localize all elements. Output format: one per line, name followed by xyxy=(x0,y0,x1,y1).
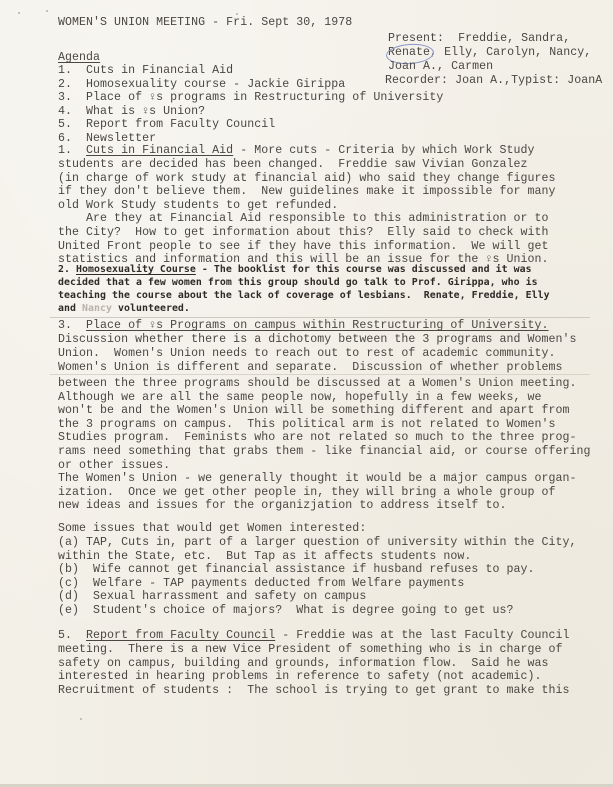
section3-line: Studies program. Feminists who are not r… xyxy=(58,431,577,445)
section3-line: Discussion whether there is a dichotomy … xyxy=(58,333,577,347)
issues-list-line: (d) Sexual harrassment and safety on cam… xyxy=(58,590,366,604)
section2-line-2: teaching the course about the lack of co… xyxy=(58,289,550,302)
agenda-heading: Agenda xyxy=(58,51,100,65)
section2-title: Homosexuality Course xyxy=(76,264,196,275)
section2-number: 2. xyxy=(58,264,70,275)
section1-line: United Front people to see if they have … xyxy=(58,240,549,254)
agenda-item: 4. What is ♀s Union? xyxy=(58,105,205,119)
scan-speck xyxy=(454,473,456,475)
section5-line: Recruitment of students : The school is … xyxy=(58,684,570,698)
agenda-item: 5. Report from Faculty Council xyxy=(58,118,275,132)
section1-line: old Work Study students to get refunded. xyxy=(58,199,338,213)
section1-line-0: - More cuts - Criteria by which Work Stu… xyxy=(233,144,534,157)
section1-line: Are they at Financial Aid responsible to… xyxy=(58,212,549,226)
section3-line: Women's Union is different and separate.… xyxy=(58,361,563,375)
section3-line: The Women's Union - we generally thought… xyxy=(58,472,577,486)
agenda-item-text: Place of ♀s programs in Restructuring of… xyxy=(86,91,443,104)
agenda-item-number: 5. xyxy=(58,118,72,131)
issues-list-line: (a) TAP, Cuts in, part of a larger quest… xyxy=(58,536,577,550)
section5-title: Report from Faculty Council xyxy=(86,629,275,642)
section2-first-line: 2. Homosexuality Course - The booklist f… xyxy=(58,263,532,276)
issues-intro: Some issues that would get Women interes… xyxy=(58,522,366,536)
section1-line: the City? How to get information about t… xyxy=(58,226,549,240)
section2-faint-name: Nancy xyxy=(82,303,112,314)
agenda-item-number: 1. xyxy=(58,64,72,77)
document-page: WOMEN'S UNION MEETING - Fri. Sept 30, 19… xyxy=(0,0,613,784)
present-names-line2: Elly, Carolyn, Nancy, xyxy=(444,46,591,59)
agenda-item: 1. Cuts in Financial Aid xyxy=(58,64,233,78)
meeting-title: WOMEN'S UNION MEETING - Fri. Sept 30, 19… xyxy=(58,16,352,30)
section5-line: safety on campus, building and grounds, … xyxy=(58,657,549,671)
scan-speck xyxy=(80,718,82,720)
section2-last-prefix: and xyxy=(58,303,76,314)
section3-line: Although we are all the same people now,… xyxy=(58,391,542,405)
section5-line: meeting. There is a new Vice President o… xyxy=(58,643,563,657)
agenda-item-number: 4. xyxy=(58,105,72,118)
present-line3: Joan A., Carmen xyxy=(388,60,493,74)
scan-speck xyxy=(46,10,48,12)
section3-line: or other issues. xyxy=(58,459,170,473)
section3-number: 3. xyxy=(58,319,72,332)
section1-first-line: 1. Cuts in Financial Aid - More cuts - C… xyxy=(58,144,535,158)
issues-list-line: within the State, etc. But Tap as it aff… xyxy=(58,550,471,564)
issues-list-line: (e) Student's choice of majors? What is … xyxy=(58,604,513,618)
section1-line: students are decided has been changed. F… xyxy=(58,158,528,172)
section3-line: new ideas and issues for the organizjati… xyxy=(58,499,506,513)
issues-list-line: (c) Welfare - TAP payments deducted from… xyxy=(58,577,464,591)
agenda-item-number: 3. xyxy=(58,91,72,104)
paste-edge-rule xyxy=(50,317,590,318)
section5-line: interested in hearing problems in refere… xyxy=(58,670,542,684)
section3-heading: 3. Place of ♀s Programs on campus within… xyxy=(58,319,549,333)
agenda-item-number: 2. xyxy=(58,78,72,91)
issues-list-line: (b) Wife cannot get financial assistance… xyxy=(58,563,535,577)
paste-edge-rule-2 xyxy=(50,374,590,375)
section5-first-line: 5. Report from Faculty Council - Freddie… xyxy=(58,629,570,643)
section1-title: Cuts in Financial Aid xyxy=(86,144,233,157)
agenda-item-text: What is ♀s Union? xyxy=(86,105,205,118)
section3-line: Union. Women's Union needs to reach out … xyxy=(58,347,556,361)
section3-line: between the three programs should be dis… xyxy=(58,377,577,391)
agenda-item: 3. Place of ♀s programs in Restructuring… xyxy=(58,91,443,105)
section2-last-word: volunteered. xyxy=(118,303,190,314)
section3-line: rams need something that grabs them - li… xyxy=(58,445,591,459)
section2-line-3: and Nancy volunteered. xyxy=(58,302,190,315)
agenda-item-text: Homosexuality course - Jackie Girippa xyxy=(86,78,345,91)
recorder-line: Recorder: Joan A.,Typist: JoanA xyxy=(385,74,602,88)
section5-number: 5. xyxy=(58,629,72,642)
scan-speck xyxy=(236,13,238,15)
section3-line: won't be and the Women's Union will be s… xyxy=(58,404,570,418)
agenda-item-text: Report from Faculty Council xyxy=(86,118,275,131)
section5-line-0: - Freddie was at the last Faculty Counci… xyxy=(275,629,569,642)
agenda-item: 2. Homosexuality course - Jackie Girippa xyxy=(58,78,345,92)
section3-line: ization. Once we get other people in, th… xyxy=(58,486,556,500)
section1-number: 1. xyxy=(58,144,72,157)
section2-line-0: - The booklist for this course was discu… xyxy=(196,264,532,275)
present-names-line1: Freddie, Sandra, xyxy=(458,32,570,45)
scan-speck xyxy=(18,12,20,14)
section2-line-1: decided that a few women from this group… xyxy=(58,276,538,289)
agenda-item-text: Cuts in Financial Aid xyxy=(86,64,233,77)
section1-line: if they don't believe them. New guidelin… xyxy=(58,185,556,199)
section3-title: Place of ♀s Programs on campus within Re… xyxy=(86,319,549,332)
section3-line: the 3 programs on campus. This political… xyxy=(58,418,556,432)
section1-line: (in charge of work study at financial ai… xyxy=(58,172,556,186)
